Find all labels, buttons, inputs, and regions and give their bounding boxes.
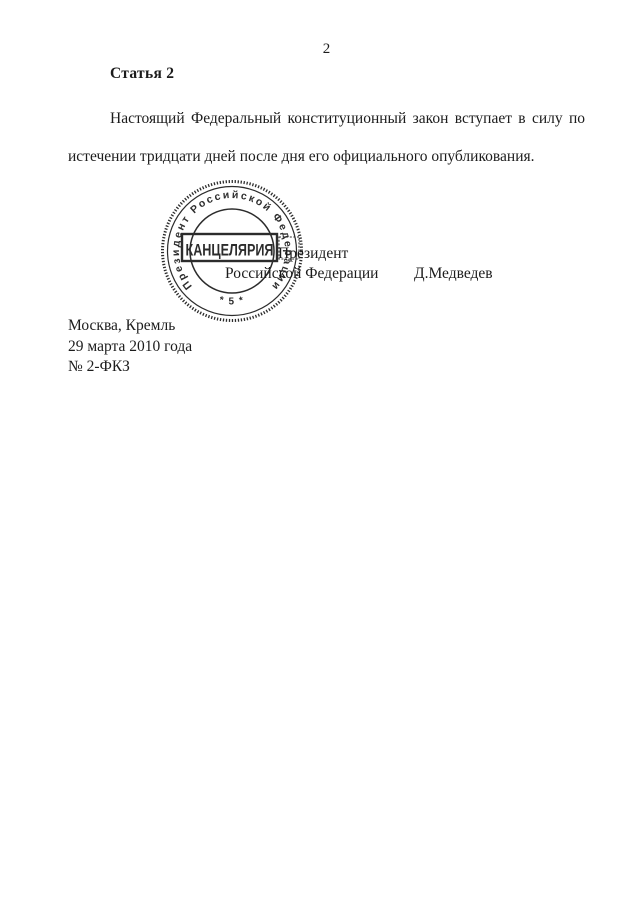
signature-name: Д.Медведев [414,265,493,283]
chancellery-round-stamp-icon: Президент Российской Федерации * 5 * КАН… [157,176,307,326]
document-page: 2 Статья 2 Настоящий Федеральный констит… [0,0,640,900]
article-body-line-1: Настоящий Федеральный конституционный за… [68,100,585,138]
stamp-bottom-number: * 5 * [218,295,245,307]
article-body-line-2: истечении тридцати дней после дня его оф… [68,138,585,176]
stamp-center-label: КАНЦЕЛЯРИЯ [186,242,274,260]
footer-doc-number: № 2-ФКЗ [68,357,192,378]
page-number: 2 [68,41,585,58]
article-heading: Статья 2 [110,65,174,83]
stamp-ring-text: Президент Российской Федерации [170,189,294,292]
article-body: Настоящий Федеральный конституционный за… [68,100,585,176]
footer-date: 29 марта 2010 года [68,337,192,358]
footer-block: Москва, Кремль 29 марта 2010 года № 2-ФК… [68,316,192,378]
footer-place: Москва, Кремль [68,316,192,337]
